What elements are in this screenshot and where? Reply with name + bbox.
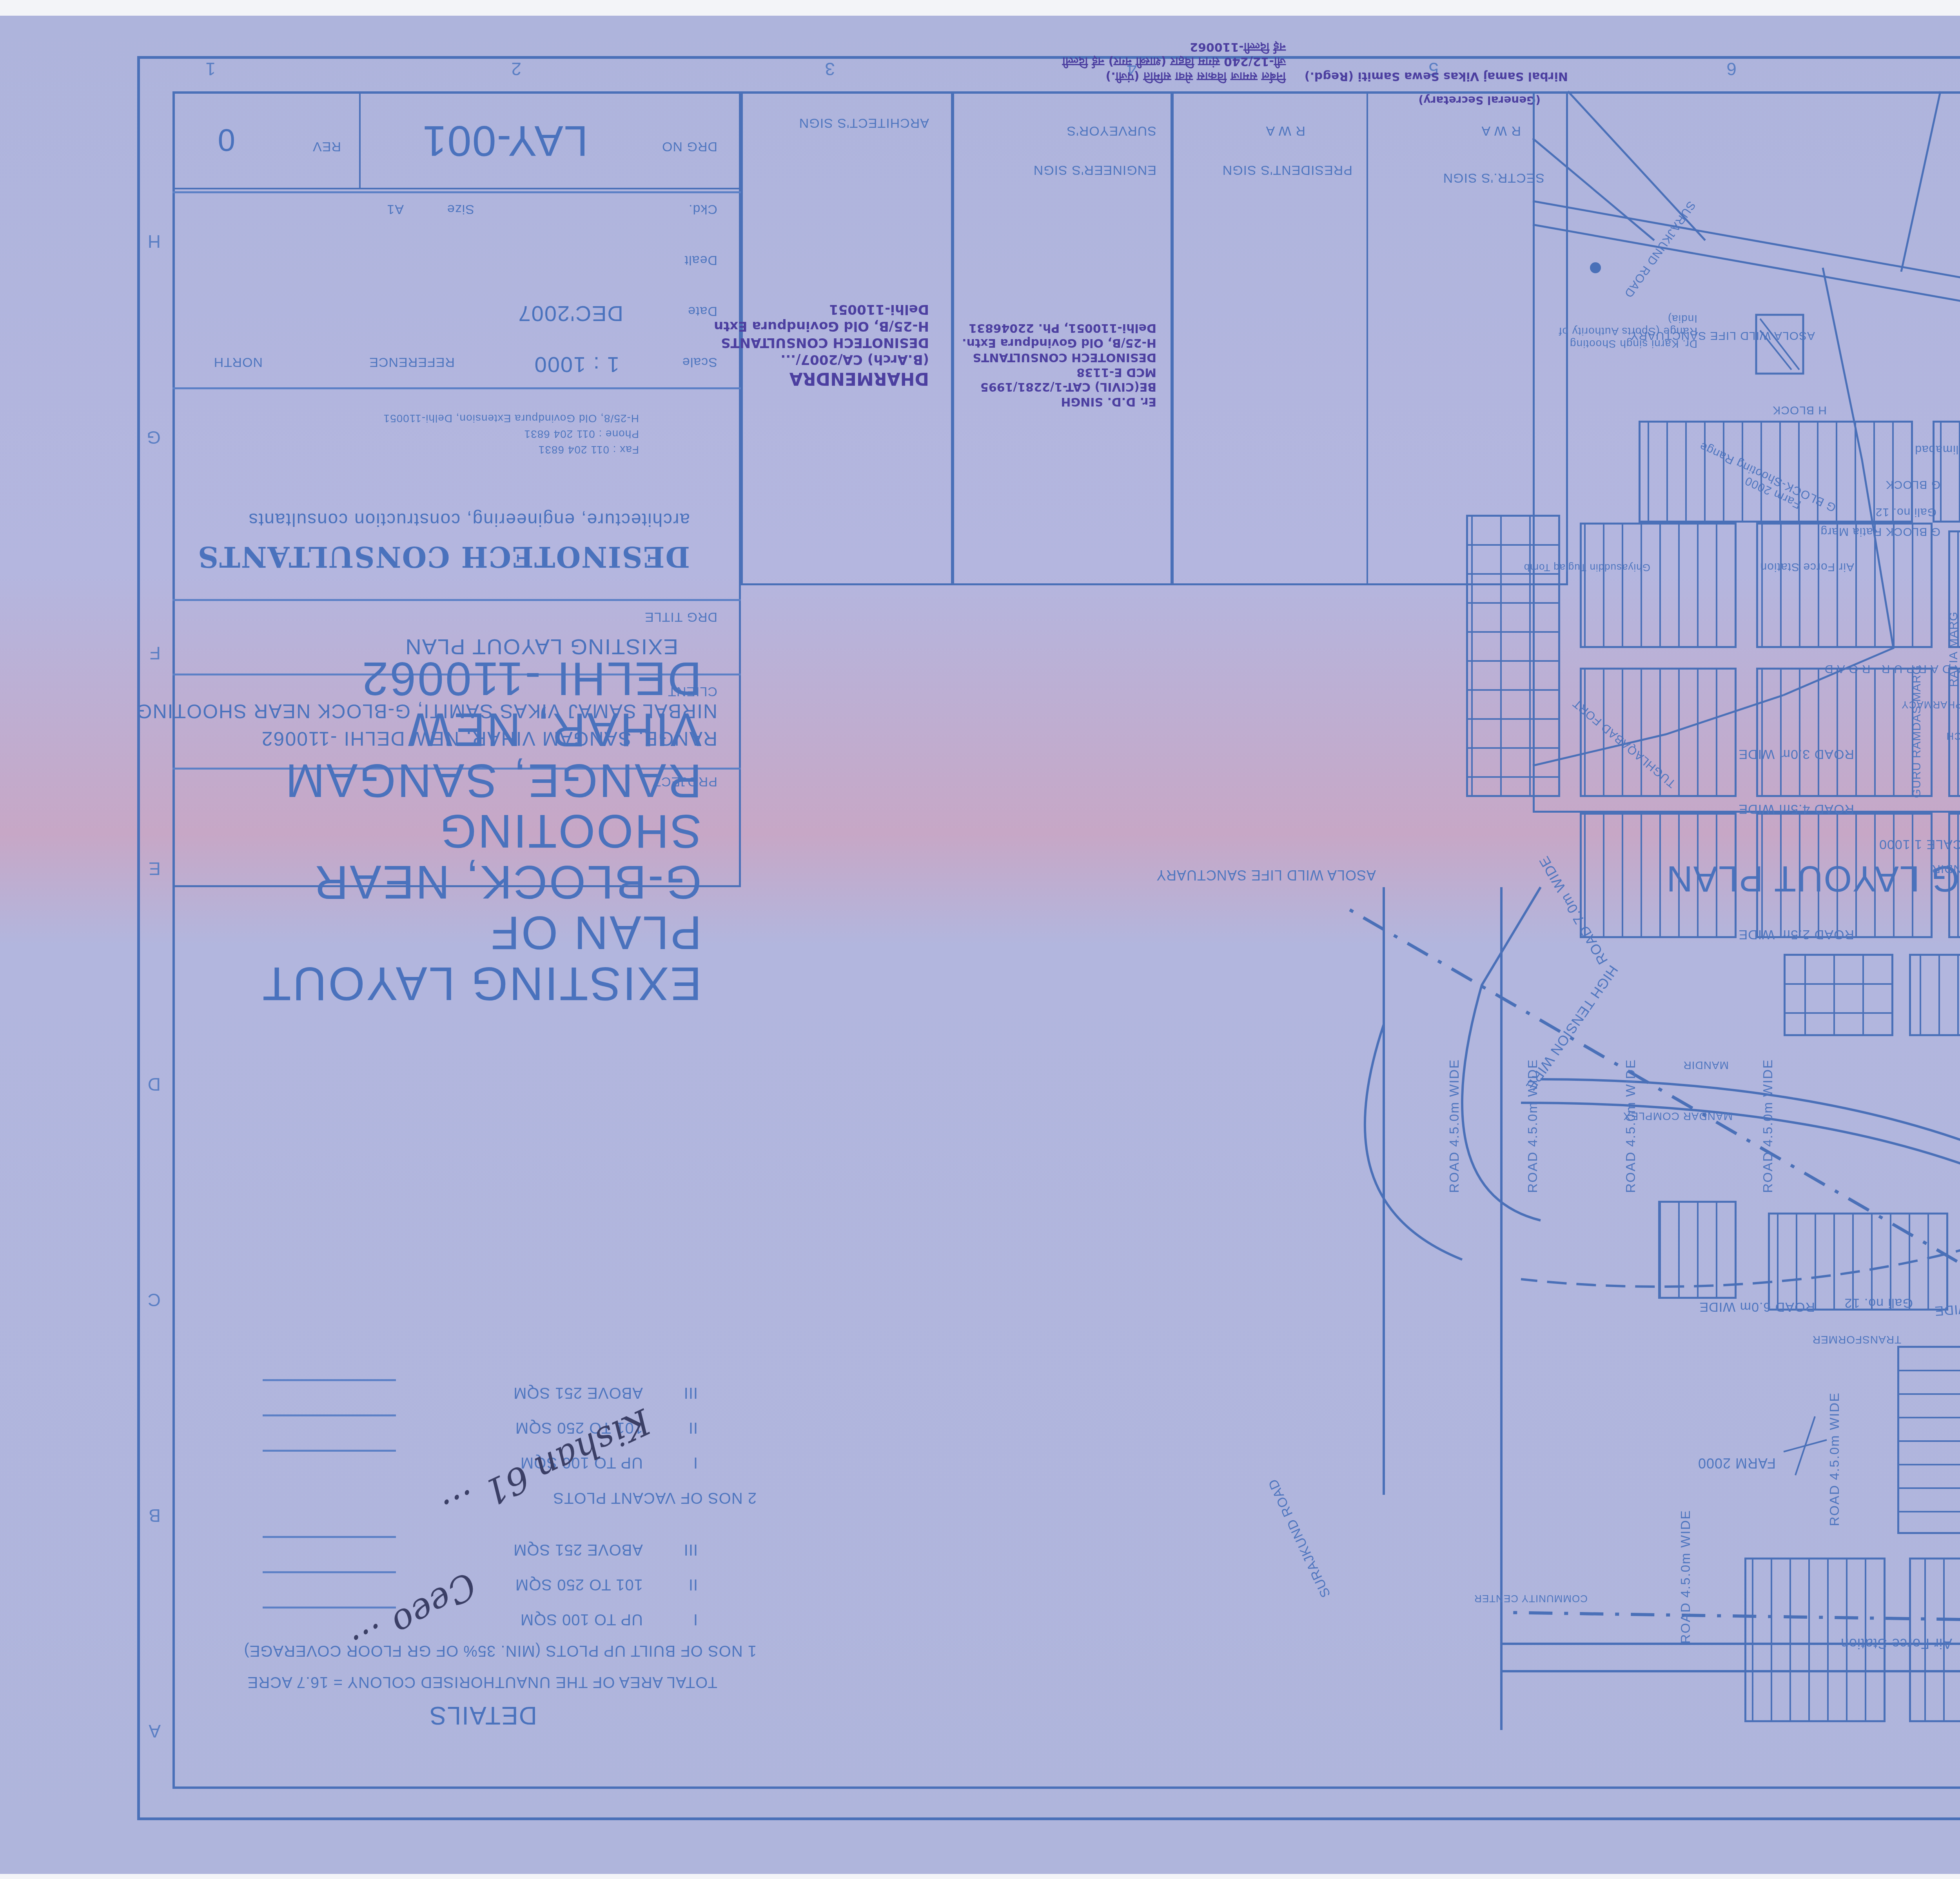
- plot-block: [1909, 954, 1960, 1036]
- size-label: Size: [447, 202, 474, 217]
- label-road-6m-b: ROAD 6.0m WIDE: [1699, 1299, 1815, 1314]
- label-road-25m: ROAD 2.5m WIDE: [1739, 927, 1854, 942]
- firm-name: DESINOTECH CONSULTANTS: [197, 540, 690, 574]
- details-title: DETAILS: [429, 1701, 537, 1730]
- project-line: DELHI -110062: [192, 653, 702, 704]
- grid-col-1: 1: [205, 58, 216, 80]
- ckd-label: Ckd.: [688, 202, 717, 217]
- firm-tagline: architecture, engineering, construction …: [248, 509, 690, 530]
- tb-rule: [172, 599, 741, 601]
- firm-address: H-25/8, Old Govindpura Extension, Delhi-…: [383, 412, 639, 425]
- project-title: EXISTING LAYOUT PLAN OF G-BLOCK, NEAR SH…: [192, 653, 702, 1009]
- label-gali-12: Gali no. 12: [1844, 1295, 1913, 1311]
- fill-line: [263, 1607, 396, 1608]
- label-farm-2000: FARM 2000: [1698, 1455, 1776, 1471]
- grid-row-G: G: [147, 427, 161, 448]
- drg-no-label: DRG NO: [662, 139, 717, 154]
- engineer-sign-label: ENGINEER'S SIGN: [1033, 162, 1156, 178]
- president-rwa-label: R W A: [1266, 123, 1305, 138]
- grid-row-F: F: [150, 643, 161, 664]
- plot-block: [1580, 523, 1737, 648]
- fill-line: [263, 1414, 396, 1416]
- society-stamp: Nirbal Samaj Vikas Sewa Samiti (Regd.): [1305, 69, 1568, 84]
- label-community-center: COMMUNITY CENTER: [1474, 1592, 1588, 1605]
- plot-block: [1784, 954, 1893, 1036]
- grid-row-D: D: [148, 1074, 161, 1095]
- label-road-45m: ROAD 4.5m WIDE: [1739, 801, 1854, 817]
- drg-no-value: LAY-001: [422, 116, 588, 166]
- project-line: G-BLOCK, NEAR SHOOTING: [192, 806, 702, 907]
- grid-row-A: A: [149, 1721, 161, 1742]
- label-road-450m-b: ROAD 4.5.0m WIDE: [1623, 1059, 1639, 1193]
- grid-row-E: E: [149, 858, 161, 879]
- built-up-row: II101 TO 250 SQM: [513, 1576, 698, 1593]
- plot-block: [1948, 530, 1960, 648]
- tb-rule: [172, 387, 741, 389]
- scale-label: Scale: [682, 354, 717, 370]
- plot-block: [1948, 813, 1960, 938]
- plot-block: [1756, 523, 1933, 648]
- label-asola-sanctuary: ASOLA WILD LIFE SANCTUARY: [1156, 867, 1376, 883]
- drg-title-label: DRG TITLE: [644, 609, 717, 625]
- drawing-rotated-180: 1 2 3 4 5 6 7 8 A B C D E F G H DRG NO L…: [0, 0, 1960, 1879]
- secretary-rwa-label: R W A: [1481, 123, 1521, 138]
- size-value: A1: [387, 202, 404, 217]
- plot-block: [1948, 668, 1960, 797]
- plot-block: [1639, 421, 1913, 523]
- label-transformer: TRANSFORMER: [1812, 1333, 1901, 1346]
- grid-row-C: C: [148, 1289, 161, 1311]
- rev-value: 0: [217, 122, 236, 158]
- details-vacant-heading: 2 NOS OF VACANT PLOTS: [553, 1489, 757, 1507]
- project-line: EXISTING LAYOUT PLAN OF: [192, 907, 702, 1009]
- details-total-area: TOTAL AREA OF THE UNAUTHORISED COLONY = …: [247, 1673, 717, 1691]
- surveyor-sign-label: SURVEYOR'S: [1067, 123, 1156, 138]
- plot-block: [1466, 515, 1560, 797]
- label-road-450m-c: ROAD 4.5.0m WIDE: [1525, 1059, 1541, 1193]
- label-road-450m-d: ROAD 4.5.0m WIDE: [1447, 1059, 1462, 1193]
- north-label: NORTH: [214, 354, 263, 370]
- plot-block: [1580, 813, 1737, 938]
- fill-line: [263, 1450, 396, 1452]
- general-secretary-stamp: (General Secretary): [1419, 93, 1541, 107]
- label-road-3m: ROAD 3.0m WIDE: [1739, 746, 1854, 762]
- grid-col-2: 2: [511, 58, 521, 80]
- built-up-row: IUP TO 100 SQM: [513, 1610, 698, 1628]
- label-road-450m-a: ROAD 4.5.0m WIDE: [1760, 1059, 1776, 1193]
- label-road-450m-g: ROAD 4.5.0m WIDE: [1827, 1392, 1842, 1526]
- plot-block: [1658, 1201, 1737, 1299]
- plot-block: [1580, 668, 1737, 797]
- fill-line: [263, 1379, 396, 1381]
- tb-rule: [172, 191, 741, 193]
- scale-value: 1 : 1000: [534, 352, 619, 378]
- firm-phone: Phone : 011 204 6831: [524, 428, 639, 440]
- plot-block: [1897, 1346, 1960, 1534]
- plot-block: [1756, 668, 1933, 797]
- rev-label: REV: [312, 139, 341, 154]
- project-line: RANGE, SANGAM VIHAR, NEW: [192, 704, 702, 805]
- plot-block: [1933, 421, 1960, 523]
- label-mandir: MANDIR: [1683, 1059, 1729, 1071]
- label-kali-mandir: KALI MANDIR: [1931, 862, 1960, 875]
- label-air-force-station: Air Force Station: [1840, 1635, 1952, 1652]
- vacant-row: IIIABOVE 251 SQM: [513, 1384, 698, 1402]
- grid-col-3: 3: [825, 58, 835, 80]
- drawn-label: Dealt: [684, 252, 717, 268]
- key-label-h-block: H BLOCK: [1772, 403, 1827, 417]
- architect-stamp: DHARMENDRA (B.Arch) CA/2007/... DESINOTE…: [714, 301, 929, 389]
- grid-row-B: B: [149, 1505, 161, 1526]
- secretary-sign-label: SECTR.'S SIGN: [1443, 170, 1544, 185]
- key-label-shooting-range: Dr. Karni singh Shooting Range (Sports A…: [1548, 312, 1697, 350]
- label-road-450m-h: ROAD 4.5.0m WIDE: [1678, 1510, 1693, 1644]
- reference-label: REFERENCE: [369, 354, 455, 370]
- firm-fax: Fax : 011 204 6831: [538, 443, 639, 456]
- details-built-up-heading: 1 NOS OF BUILT UP PLOTS (MIN. 35% OF GR …: [243, 1642, 757, 1659]
- grid-row-H: H: [148, 231, 161, 252]
- built-up-rows: IUP TO 100 SQM II101 TO 250 SQM IIIABOVE…: [513, 1541, 698, 1628]
- label-mandar-complex: MANDAR COMPLEX: [1623, 1110, 1733, 1122]
- president-sign-label: PRESIDENT'S SIGN: [1222, 162, 1352, 178]
- date-label: Date: [688, 303, 717, 319]
- engineer-stamp: Er. D.D. SINGH BE(CIVIL) CAT-1/2281/1995…: [962, 321, 1156, 409]
- date-value: DEC'2007: [517, 301, 623, 327]
- architect-sign-label: ARCHITECT'S SIGN: [799, 115, 929, 131]
- society-stamp-hindi: निर्बल समाज विकास सेवा समिति (पंजी.) जी-…: [1062, 40, 1286, 84]
- fill-line: [263, 1571, 396, 1573]
- fill-line: [263, 1536, 396, 1538]
- plot-block: [1756, 813, 1933, 938]
- grid-col-6: 6: [1726, 58, 1737, 80]
- built-up-row: IIIABOVE 251 SQM: [513, 1541, 698, 1558]
